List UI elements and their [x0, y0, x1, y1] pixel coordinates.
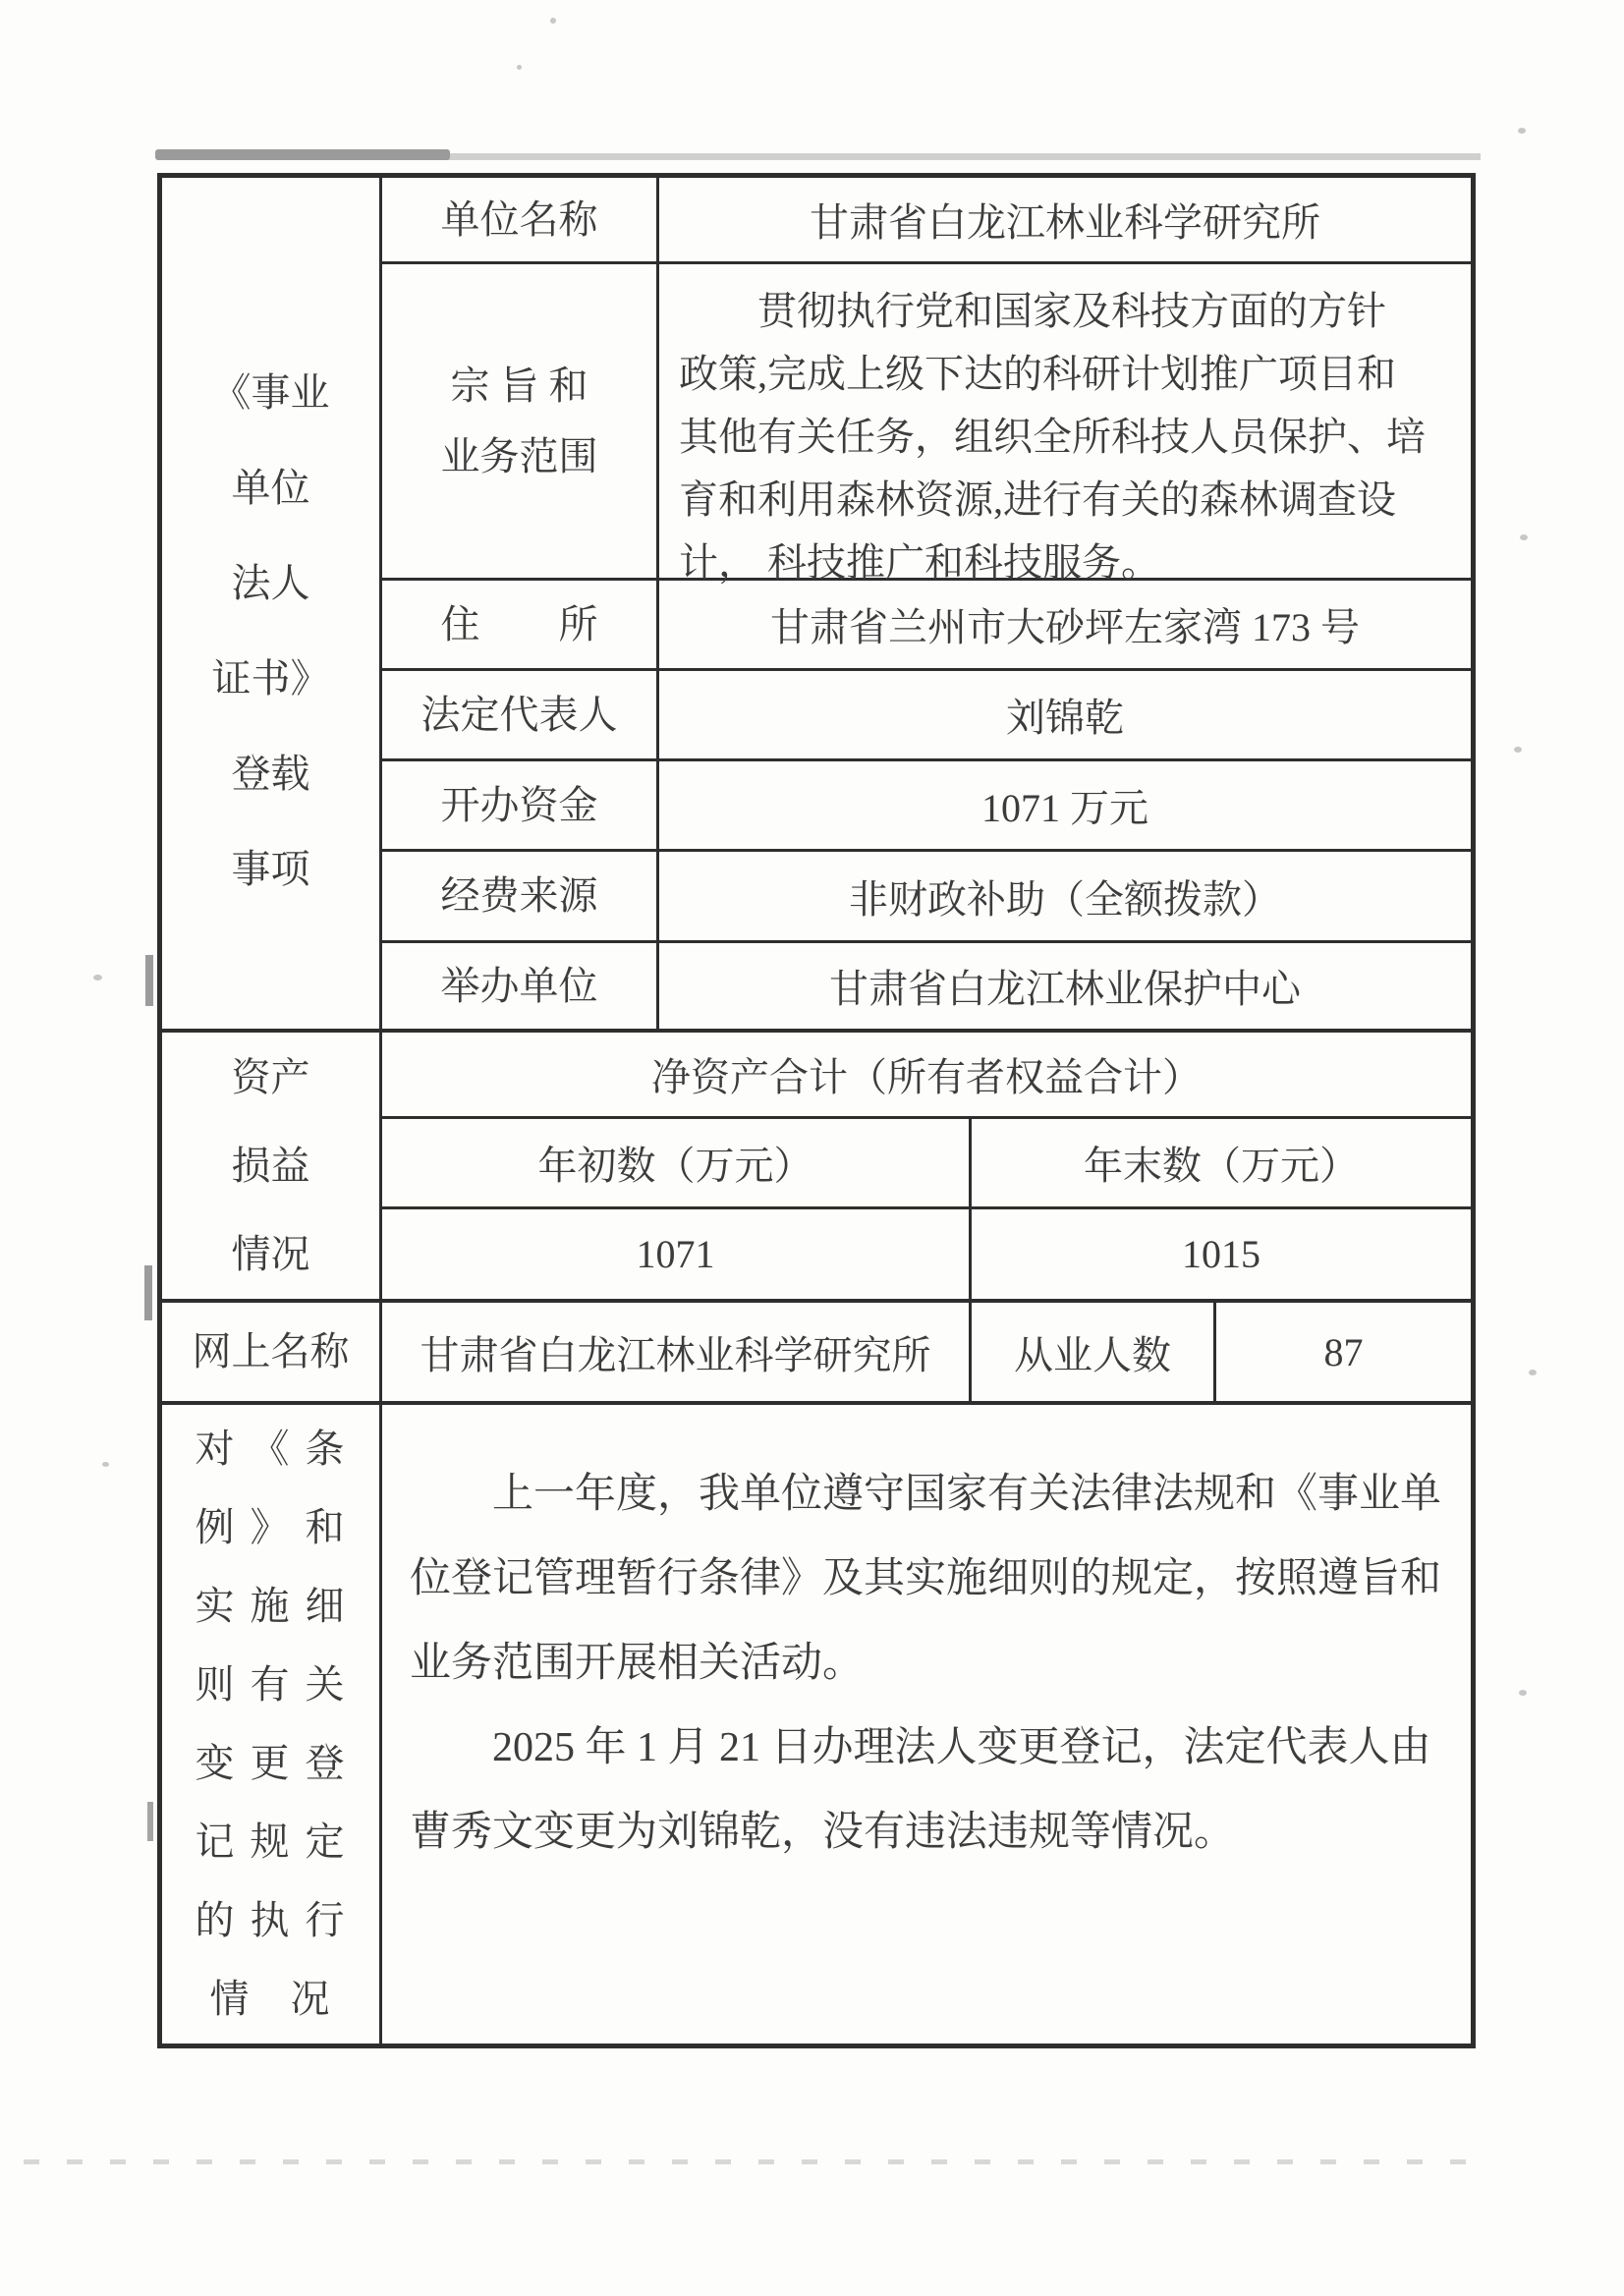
- table-row-legal-representative: 法定代表人 刘锦乾: [382, 671, 1471, 761]
- scan-artifact: [147, 1802, 153, 1841]
- table-row-startup-capital: 开办资金 1071 万元: [382, 761, 1471, 852]
- sponsor-unit-value: 甘肃省白龙江林业保护中心: [659, 943, 1471, 1029]
- purpose-scope-label: 宗 旨 和 业务范围: [382, 264, 659, 578]
- table-row-funding-source: 经费来源 非财政补助（全额拨款）: [382, 852, 1471, 943]
- staff-count-label: 从业人数: [972, 1303, 1216, 1401]
- assets-header-row: 年初数（万元） 年末数（万元）: [382, 1119, 1471, 1209]
- certificate-rows: 单位名称 甘肃省白龙江林业科学研究所 宗 旨 和 业务范围 贯彻执行党和国家及科…: [382, 178, 1471, 1029]
- startup-capital-value: 1071 万元: [659, 761, 1471, 849]
- unit-name-value: 甘肃省白龙江林业科学研究所: [659, 178, 1471, 261]
- legal-representative-value: 刘锦乾: [659, 671, 1471, 758]
- assets-rows: 净资产合计（所有者权益合计） 年初数（万元） 年末数（万元） 1071 1015: [382, 1033, 1471, 1299]
- scan-artifact: [144, 1265, 152, 1320]
- legal-representative-label: 法定代表人: [382, 671, 659, 758]
- scan-artifact: [102, 1462, 109, 1467]
- assets-section-row-header: 资产 损益 情况: [162, 1033, 382, 1299]
- year-end-value: 1015: [972, 1209, 1471, 1299]
- scan-artifact: [1529, 1370, 1537, 1375]
- assets-section: 资产 损益 情况 净资产合计（所有者权益合计） 年初数（万元） 年末数（万元） …: [162, 1033, 1471, 1303]
- certificate-section-row-header: 《事业 单位 法人 证书》 登载 事项: [162, 178, 382, 1029]
- year-start-header: 年初数（万元）: [382, 1119, 972, 1206]
- unit-name-label: 单位名称: [382, 178, 659, 261]
- scan-artifact: [1514, 747, 1522, 753]
- funding-source-value: 非财政补助（全额拨款）: [659, 852, 1471, 940]
- scan-artifact: [155, 149, 450, 160]
- scan-artifact: [1520, 534, 1528, 540]
- address-value: 甘肃省兰州市大砂坪左家湾 173 号: [659, 581, 1471, 668]
- scan-artifact: [1518, 128, 1526, 134]
- staff-count-value: 87: [1216, 1303, 1471, 1401]
- compliance-paragraph-1: 上一年度，我单位遵守国家有关法律法规和《事业单 位登记管理暂行条律》及其实施细则…: [410, 1452, 1445, 1706]
- compliance-paragraph-2: 2025 年 1 月 21 日办理法人变更登记，法定代表人由 曹秀文变更为刘锦乾…: [410, 1706, 1445, 1875]
- scan-artifact: [517, 65, 522, 70]
- startup-capital-label: 开办资金: [382, 761, 659, 849]
- table-row-address: 住 所 甘肃省兰州市大砂坪左家湾 173 号: [382, 581, 1471, 671]
- registration-table: 《事业 单位 法人 证书》 登载 事项 单位名称 甘肃省白龙江林业科学研究所 宗…: [157, 173, 1476, 2048]
- online-name-label: 网上名称: [162, 1303, 382, 1401]
- sponsor-unit-label: 举办单位: [382, 943, 659, 1029]
- assets-values-row: 1071 1015: [382, 1209, 1471, 1299]
- scan-artifact: [550, 18, 556, 24]
- scan-artifact: [447, 153, 1481, 160]
- compliance-section-row-header: 对《条 例》和 实施细 则有关 变更登 记规定 的执行 情 况: [162, 1405, 382, 2044]
- compliance-section: 对《条 例》和 实施细 则有关 变更登 记规定 的执行 情 况 上一年度，我单位…: [162, 1405, 1471, 2044]
- table-row-sponsor-unit: 举办单位 甘肃省白龙江林业保护中心: [382, 943, 1471, 1029]
- year-end-header: 年末数（万元）: [972, 1119, 1471, 1206]
- online-name-row: 网上名称 甘肃省白龙江林业科学研究所 从业人数 87: [162, 1303, 1471, 1405]
- scan-artifact: [145, 955, 153, 1006]
- table-row-unit-name: 单位名称 甘肃省白龙江林业科学研究所: [382, 178, 1471, 264]
- compliance-statement-cell: 上一年度，我单位遵守国家有关法律法规和《事业单 位登记管理暂行条律》及其实施细则…: [382, 1405, 1471, 2044]
- scan-artifact: [1519, 1690, 1527, 1696]
- net-assets-total-label: 净资产合计（所有者权益合计）: [382, 1033, 1471, 1116]
- certificate-items-section: 《事业 单位 法人 证书》 登载 事项 单位名称 甘肃省白龙江林业科学研究所 宗…: [162, 178, 1471, 1033]
- purpose-scope-value: 贯彻执行党和国家及科技方面的方针 政策,完成上级下达的科研计划推广项目和 其他有…: [659, 264, 1471, 578]
- table-row-purpose-scope: 宗 旨 和 业务范围 贯彻执行党和国家及科技方面的方针 政策,完成上级下达的科研…: [382, 264, 1471, 581]
- scan-artifact: [24, 2159, 1484, 2164]
- funding-source-label: 经费来源: [382, 852, 659, 940]
- address-label: 住 所: [382, 581, 659, 668]
- scan-artifact: [93, 975, 102, 980]
- net-assets-total-row: 净资产合计（所有者权益合计）: [382, 1033, 1471, 1119]
- year-start-value: 1071: [382, 1209, 972, 1299]
- scanned-report-page: { "certificate_section": { "row_header":…: [0, 0, 1624, 2296]
- online-name-value: 甘肃省白龙江林业科学研究所: [382, 1303, 972, 1401]
